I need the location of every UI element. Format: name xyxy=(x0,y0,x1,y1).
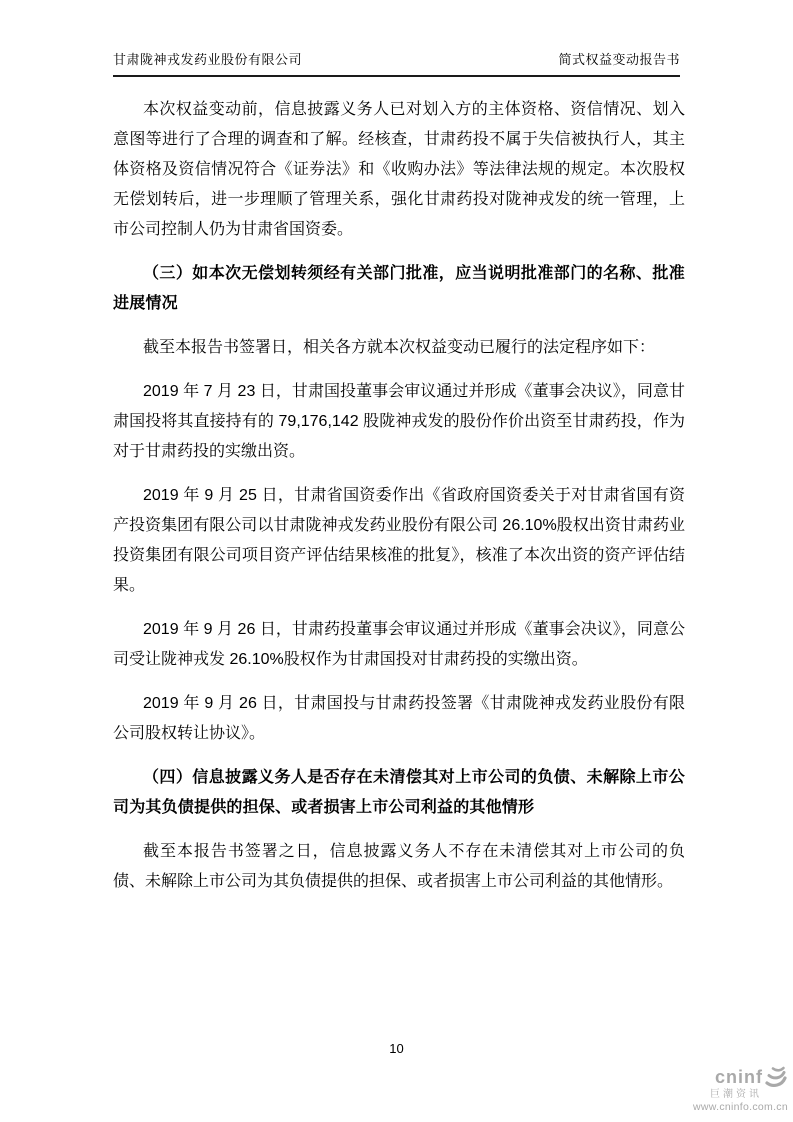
paragraph-legal-procedures: 截至本报告书签署日，相关各方就本次权益变动已履行的法定程序如下： xyxy=(113,333,685,363)
cninfo-brand-text: cninf xyxy=(715,1068,763,1088)
paragraph-closing: 截至本报告书签署之日，信息披露义务人不存在未清偿其对上市公司的负债、未解除上市公… xyxy=(113,837,685,897)
section-heading-4: （四）信息披露义务人是否存在未清偿其对上市公司的负债、未解除上市公司为其负债提供… xyxy=(113,763,685,823)
page-header: 甘肃陇神戎发药业股份有限公司 简式权益变动报告书 xyxy=(113,0,680,77)
paragraph-2019-09-25: 2019 年 9 月 25 日，甘肃省国资委作出《省政府国资委关于对甘肃省国有资… xyxy=(113,481,685,601)
paragraph-2019-09-26-a: 2019 年 9 月 26 日，甘肃药投董事会审议通过并形成《董事会决议》，同意… xyxy=(113,615,685,675)
cninfo-logo: cninf 巨潮资讯 www.cninfo.com.cn xyxy=(693,1066,788,1114)
document-page: 甘肃陇神戎发药业股份有限公司 简式权益变动报告书 本次权益变动前，信息披露义务人… xyxy=(0,0,793,1122)
page-number: 10 xyxy=(0,1041,793,1056)
header-doc-title: 简式权益变动报告书 xyxy=(558,49,680,68)
paragraph-2019-07-23: 2019 年 7 月 23 日，甘肃国投董事会审议通过并形成《董事会决议》，同意… xyxy=(113,377,685,467)
cninfo-url: www.cninfo.com.cn xyxy=(693,1102,788,1114)
section-heading-3: （三）如本次无偿划转须经有关部门批准，应当说明批准部门的名称、批准进展情况 xyxy=(113,259,685,319)
document-body: 本次权益变动前，信息披露义务人已对划入方的主体资格、资信情况、划入意图等进行了合… xyxy=(113,95,685,911)
paragraph-intro: 本次权益变动前，信息披露义务人已对划入方的主体资格、资信情况、划入意图等进行了合… xyxy=(113,95,685,245)
cninfo-logo-row: cninf xyxy=(693,1066,788,1088)
header-company-name: 甘肃陇神戎发药业股份有限公司 xyxy=(113,49,302,68)
cninfo-chinese-name: 巨潮资讯 xyxy=(693,1089,762,1100)
paragraph-2019-09-26-b: 2019 年 9 月 26 日，甘肃国投与甘肃药投签署《甘肃陇神戎发药业股份有限… xyxy=(113,689,685,749)
cninfo-swirl-icon xyxy=(764,1066,788,1088)
